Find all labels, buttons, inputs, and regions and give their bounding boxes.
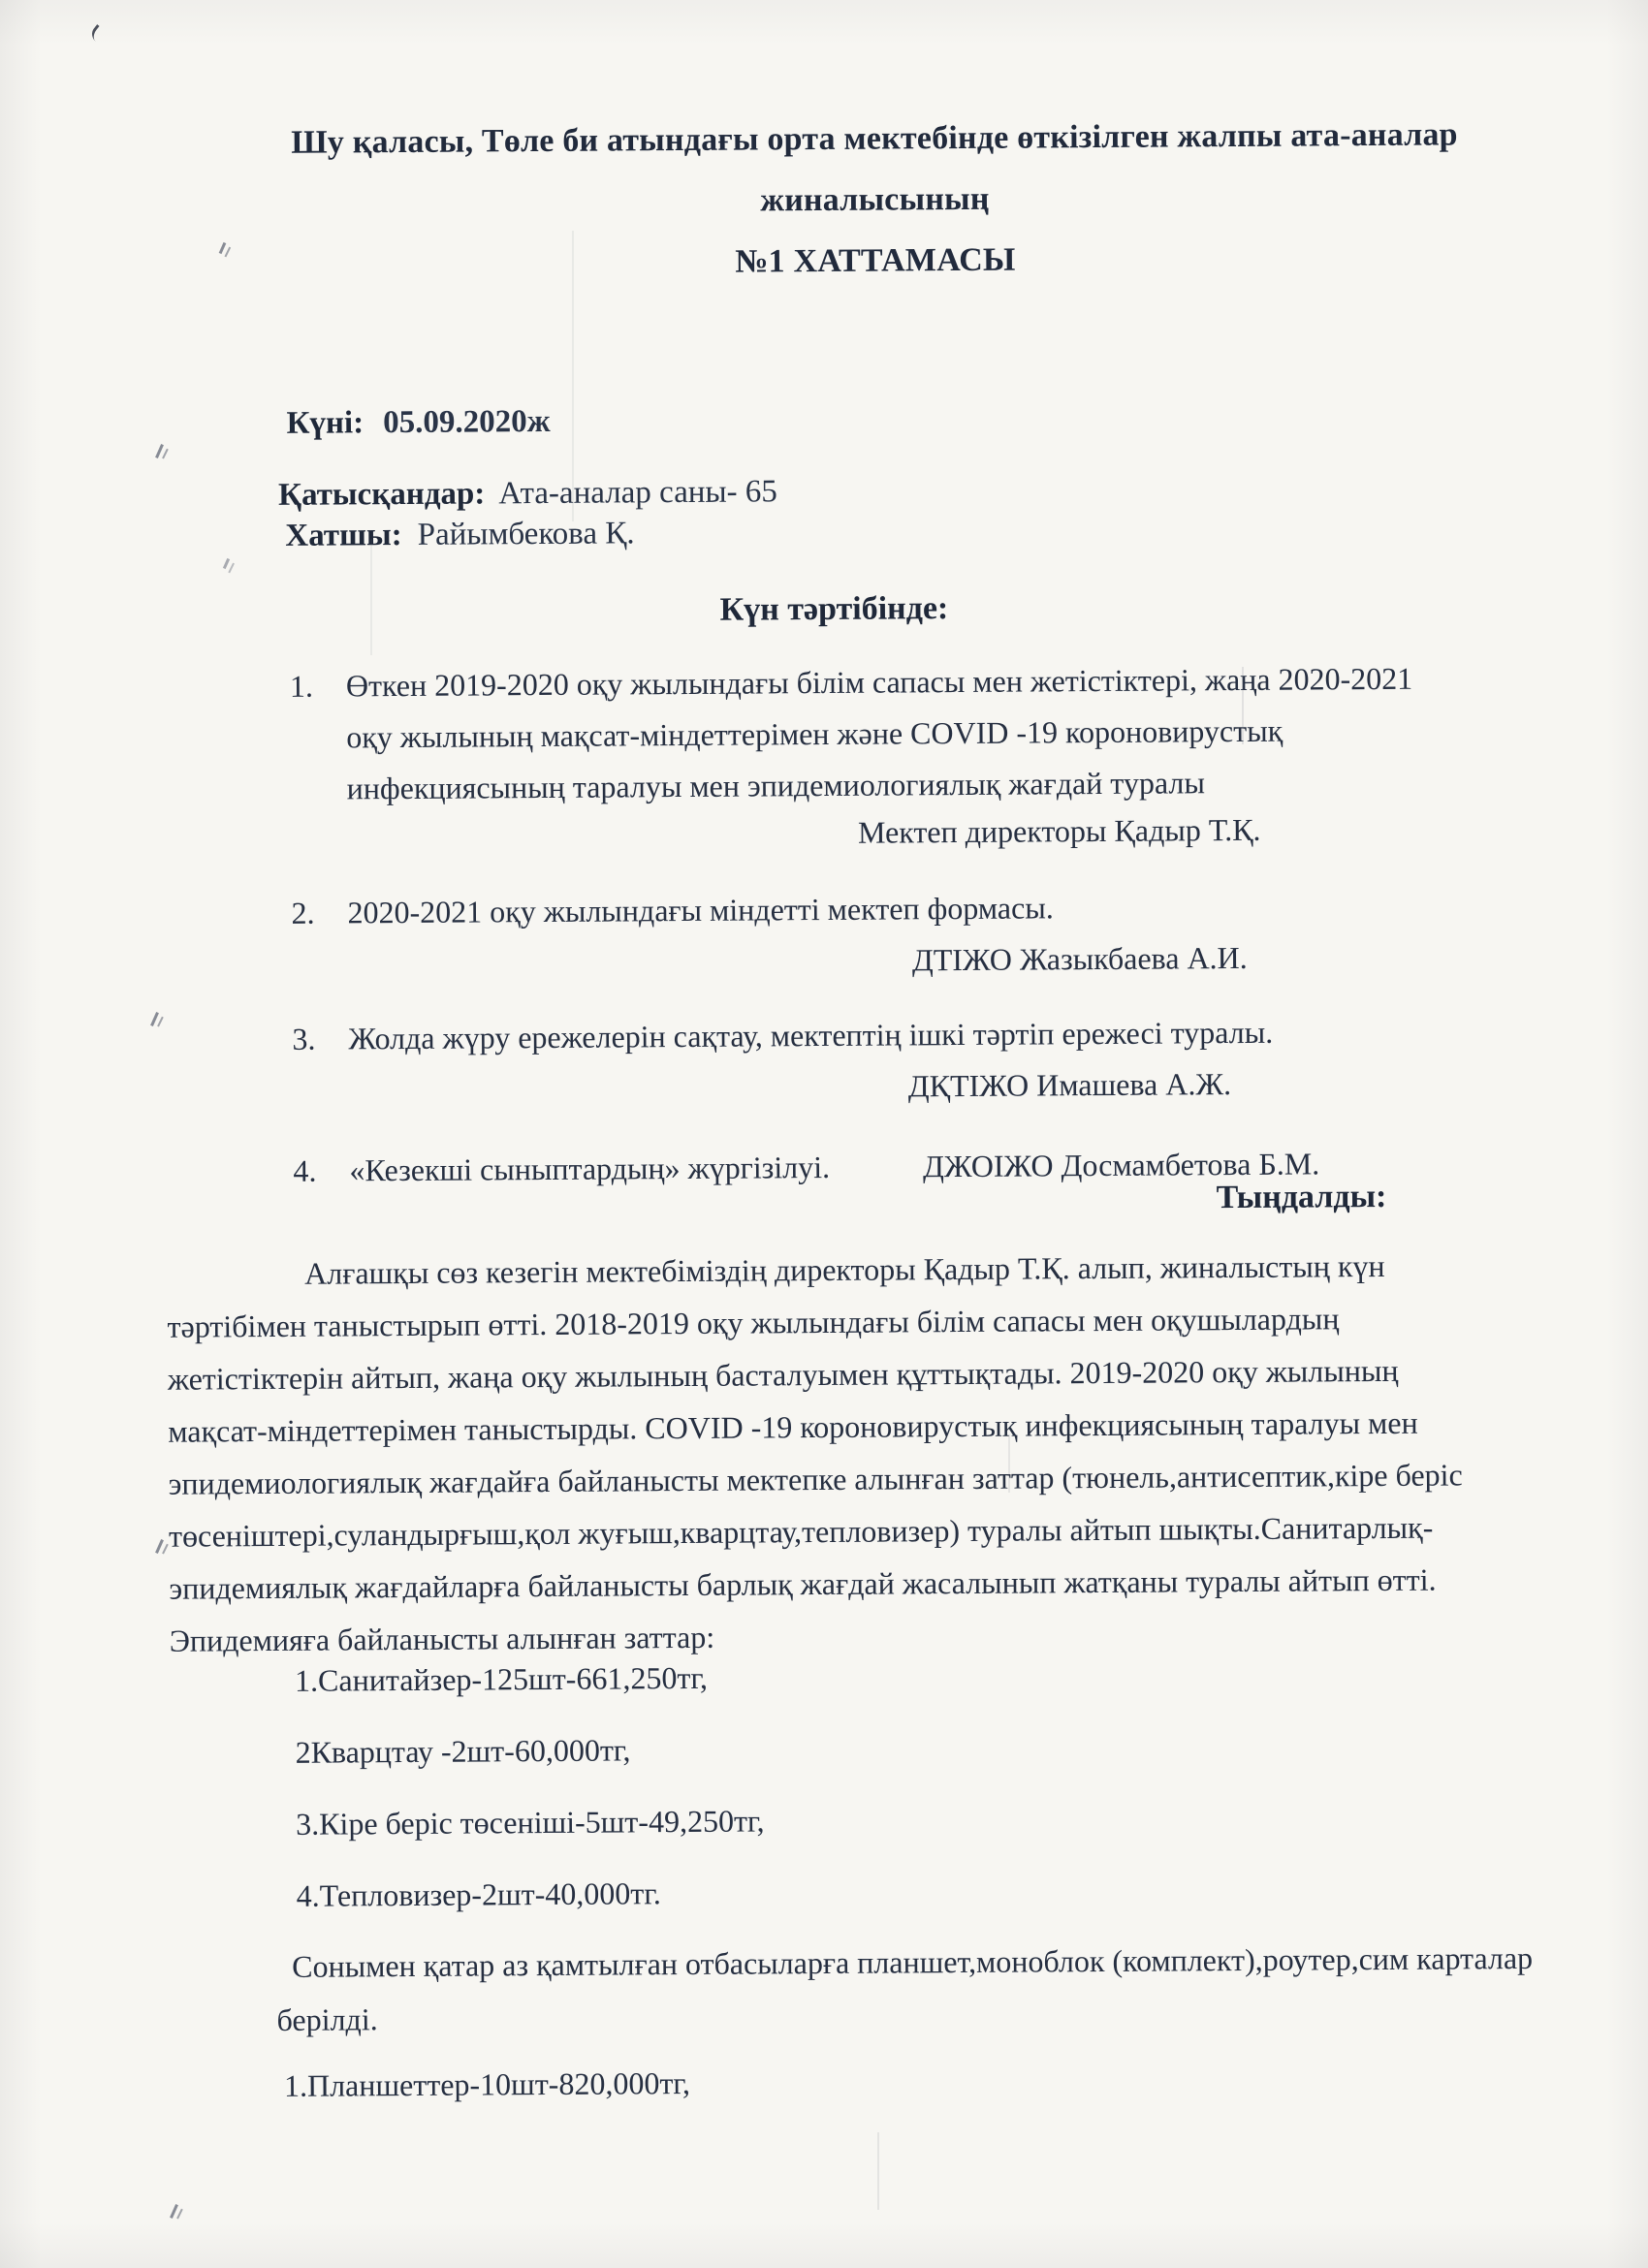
agenda-item-1-line-1: Өткен 2019-2020 оқу жылындағы білім сапа… — [346, 652, 1497, 711]
date-label: Күні: — [286, 405, 364, 441]
support-item-1: 1.Планшеттер-10шт-820,000тг, — [284, 2065, 690, 2104]
agenda-item-1: 1. Өткен 2019-2020 оқу жылындағы білім с… — [290, 652, 1498, 863]
agenda-item-1-line-2: оқу жылының мақсат-міндеттерімен және CO… — [346, 704, 1497, 763]
agenda-item-2-speaker: ДТІЖО Жазыкбаева А.И. — [912, 930, 1499, 986]
document-title: Шу қаласы, Төле би атындағы орта мектебі… — [215, 104, 1535, 296]
title-line-1: Шу қаласы, Төле би атындағы орта мектебі… — [215, 104, 1534, 173]
epidemic-item-2: 2Кварцтау -2шт-60,000тг, — [295, 1731, 764, 1770]
agenda-item-2: 2. 2020-2021 оқу жылындағы міндетті мект… — [291, 879, 1499, 991]
epidemic-item-4: 4.Тепловизер-2шт-40,000тг. — [297, 1874, 766, 1913]
document-page: Шу қаласы, Төле би атындағы орта мектебі… — [0, 0, 1648, 2268]
epidemic-items-list: 1.Санитайзер-125шт-661,250тг, 2Кварцтау … — [295, 1659, 765, 1949]
date-value: 05.09.2020ж — [383, 404, 551, 440]
agenda-item-2-number: 2. — [291, 888, 314, 939]
title-line-3: №1 ХАТТАМАСЫ — [216, 226, 1535, 296]
agenda-item-1-number: 1. — [290, 661, 313, 712]
minutes-paragraph-1: Алғашқы сөз кезегін мектебіміздің директ… — [167, 1239, 1488, 1666]
meta-secretary-line: Хатшы:Райымбекова Қ. — [237, 480, 634, 590]
heard-heading: Тыңдалды: — [1217, 1179, 1387, 1216]
agenda-heading: Күн тәртібінде: — [160, 586, 1507, 633]
minutes-paragraph-2: Сонымен қатар аз қамтылған отбасыларға п… — [276, 1932, 1537, 2047]
agenda-item-1-text: Өткен 2019-2020 оқу жылындағы білім сапа… — [346, 652, 1498, 814]
scanned-sheet: Шу қаласы, Төле би атындағы орта мектебі… — [0, 0, 1648, 2268]
agenda-item-1-speaker: Мектеп директоры Қадыр Т.Қ. — [858, 803, 1498, 859]
secretary-value: Райымбекова Қ. — [418, 516, 635, 552]
agenda-item-3: 3. Жолда жүру ережелерін сақтау, мектепт… — [292, 1005, 1500, 1117]
epidemic-item-3: 3.Кіре беріс төсеніші-5шт-49,250тг, — [296, 1803, 765, 1842]
agenda-item-4-text: «Кезекші сыныптардың» жүргізілуі. — [349, 1142, 830, 1196]
agenda-item-3-number: 3. — [292, 1014, 315, 1065]
agenda-item-4-number: 4. — [293, 1146, 316, 1197]
agenda-item-3-text: Жолда жүру ережелерін сақтау, мектептің … — [348, 1005, 1499, 1064]
title-line-2: жиналысының — [215, 165, 1534, 235]
secretary-label: Хатшы: — [285, 518, 402, 553]
epidemic-item-1: 1.Санитайзер-125шт-661,250тг, — [295, 1659, 764, 1698]
agenda-item-2-text: 2020-2021 оқу жылындағы міндетті мектеп … — [347, 879, 1498, 938]
agenda-item-3-speaker: ДҚТІЖО Имашева А.Ж. — [908, 1056, 1500, 1112]
